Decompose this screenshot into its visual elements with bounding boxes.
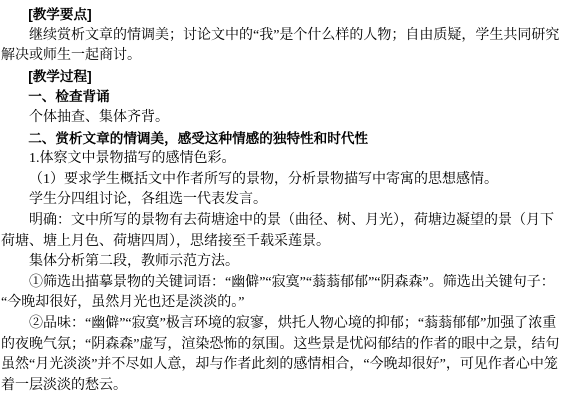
paragraph-task-1-1: （1）要求学生概括文中作者所写的景物，分析景物描写中寄寓的思想感情。 <box>1 170 566 191</box>
paragraph-group-discussion: 学生分四组讨论，各组选一代表发言。 <box>1 190 566 211</box>
paragraph-teaching-points-body: 继续赏析文章的情调美；讨论文中的“我”是个什么样的人物；自由质疑，学生共同研究解… <box>1 26 566 67</box>
lesson-plan-page: [教学要点] 继续赏析文章的情调美；讨论文中的“我”是个什么样的人物；自由质疑，… <box>0 0 567 395</box>
paragraph-recitation-method: 个体抽查、集体齐背。 <box>1 108 566 129</box>
heading-section-2-appreciation: 二、赏析文章的情调美，感受这种情感的独特性和时代性 <box>1 129 566 150</box>
paragraph-step-2-savoring: ②品味：“幽僻”“寂寞”极言环境的寂寥，烘托人物心境的抑郁；“蓊蓊郁郁”加强了浓… <box>1 314 566 395</box>
heading-section-1-recitation: 一、检查背诵 <box>1 87 566 108</box>
paragraph-collective-analysis: 集体分析第二段，教师示范方法。 <box>1 252 566 273</box>
heading-teaching-process: [教学过程] <box>1 67 566 88</box>
paragraph-clarification: 明确：文中所写的景物有去荷塘途中的景（曲径、树、月光），荷塘边凝望的景（月下荷塘… <box>1 211 566 252</box>
paragraph-step-1-keywords: ①筛选出描摹景物的关键词语：“幽僻”“寂寞”“蓊蓊郁郁”“阴森森”。筛选出关键句… <box>1 273 566 314</box>
heading-teaching-points: [教学要点] <box>1 5 566 26</box>
paragraph-task-1: 1.体察文中景物描写的感情色彩。 <box>1 149 566 170</box>
